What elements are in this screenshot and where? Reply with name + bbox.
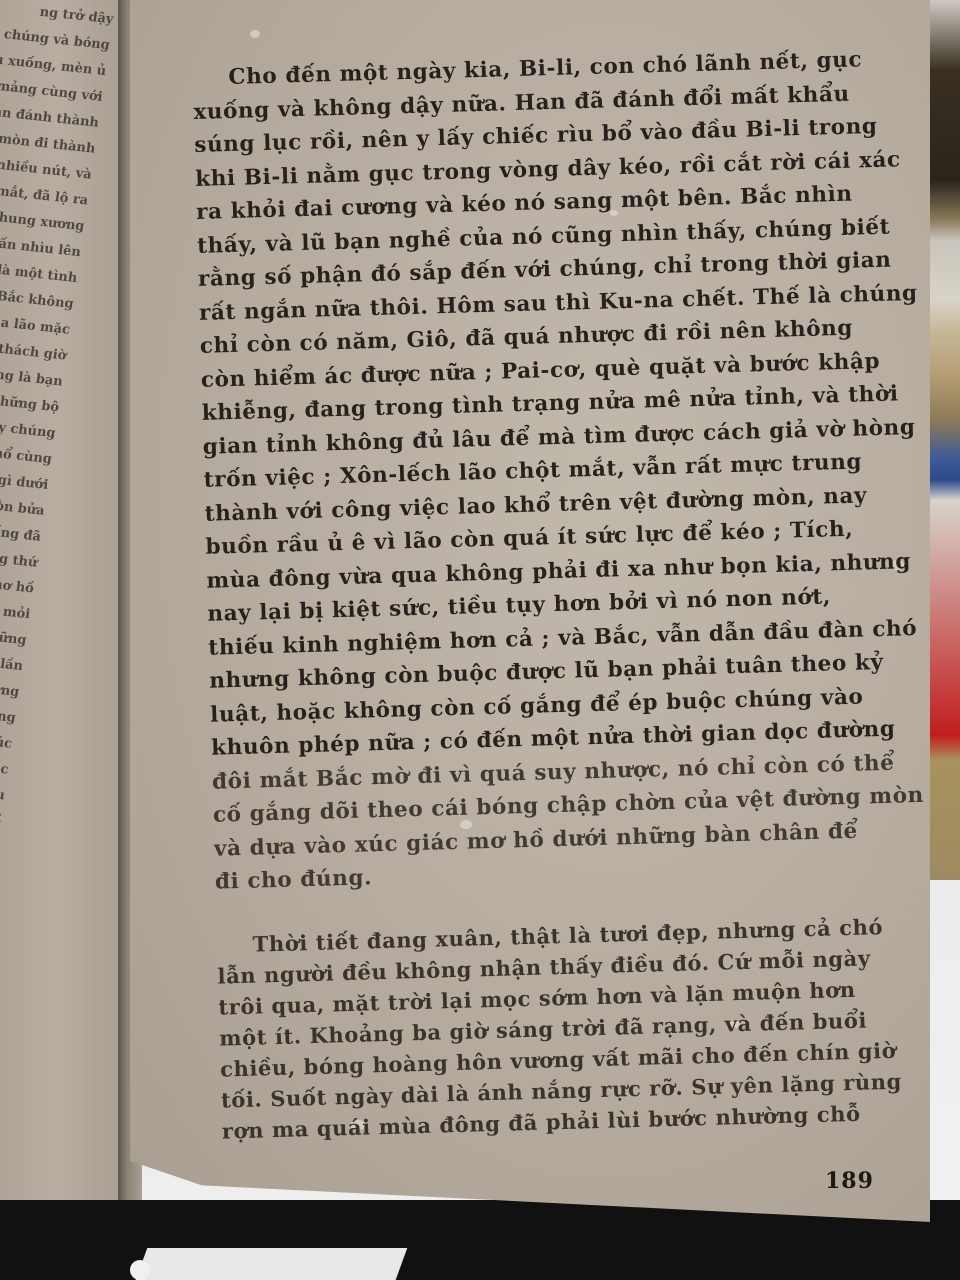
background-white-shape [133,1248,408,1280]
photo-scene: ng trở dậy n chúng và bóng u xuống, mèn … [0,0,960,1280]
left-page: ng trở dậy n chúng và bóng u xuống, mèn … [0,0,122,1253]
paragraph-1: Cho đến một ngày kia, Bi-li, con chó lãn… [192,41,955,899]
page-body-text: Cho đến một ngày kia, Bi-li, con chó lãn… [192,41,960,1146]
right-page: Cho đến một ngày kia, Bi-li, con chó lãn… [130,0,930,1222]
background-white-dot [130,1260,150,1280]
background-bookshelf [930,0,960,1280]
paragraph-2: Thời tiết đang xuân, thật là tươi đẹp, n… [216,908,960,1146]
left-page-text: ng trở dậy n chúng và bóng u xuống, mèn … [0,0,115,835]
page-number: 189 [825,1168,874,1194]
paper-speck [250,30,260,38]
